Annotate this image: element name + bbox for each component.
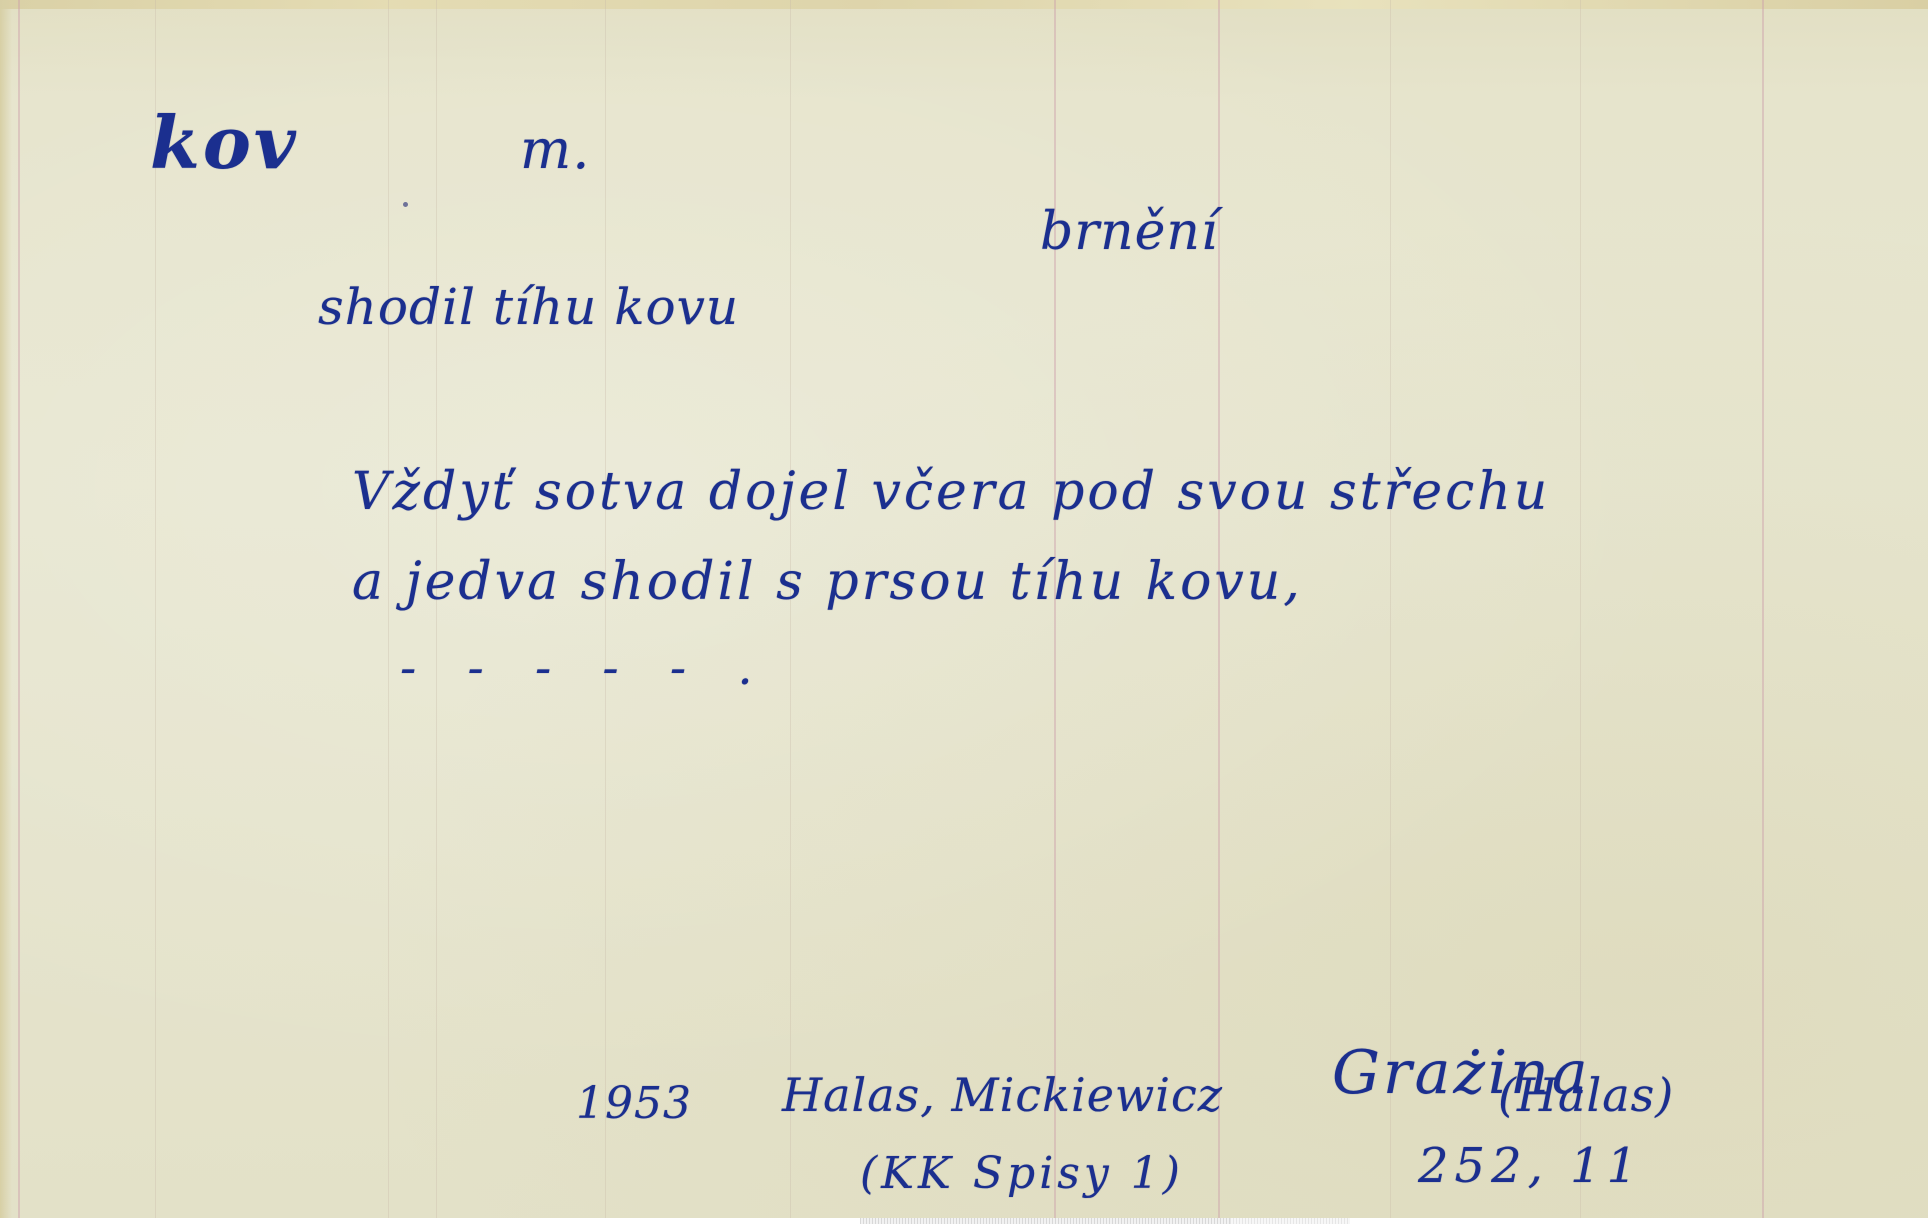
- ruled-line: [1762, 0, 1764, 1218]
- ruled-line: [18, 0, 20, 1218]
- source-translator: (Halas): [1498, 1068, 1674, 1122]
- scan-artifact: [860, 1218, 1230, 1224]
- scan-bottom-margin: [0, 1218, 1928, 1232]
- phrase: shodil tíhu kovu: [318, 278, 739, 336]
- gloss: brnění: [1040, 202, 1219, 262]
- source-year: 1953: [576, 1078, 692, 1129]
- ink-dot: [403, 202, 408, 207]
- card-left-edge: [0, 0, 12, 1218]
- ruled-line: [1390, 0, 1391, 1218]
- quotation-line-2: a jedva shodil s prsou tíhu kovu,: [352, 552, 1303, 612]
- source-author: Halas, Mickiewicz: [782, 1068, 1223, 1122]
- source-location: 252, 11: [1418, 1138, 1643, 1194]
- grammar-label: m.: [520, 118, 590, 181]
- ruled-line: [1580, 0, 1581, 1218]
- scan-artifact: [1230, 1218, 1350, 1224]
- card-top-edge: [0, 0, 1928, 9]
- source-edition: (KK Spisy 1): [860, 1148, 1184, 1199]
- quotation-continuation: - - - - - .: [400, 640, 771, 696]
- index-card: kov m. brnění shodil tíhu kovu Vždyť sot…: [0, 0, 1928, 1218]
- quotation-line-1: Vždyť sotva dojel včera pod svou střechu: [352, 462, 1550, 522]
- headword: kov: [150, 100, 299, 185]
